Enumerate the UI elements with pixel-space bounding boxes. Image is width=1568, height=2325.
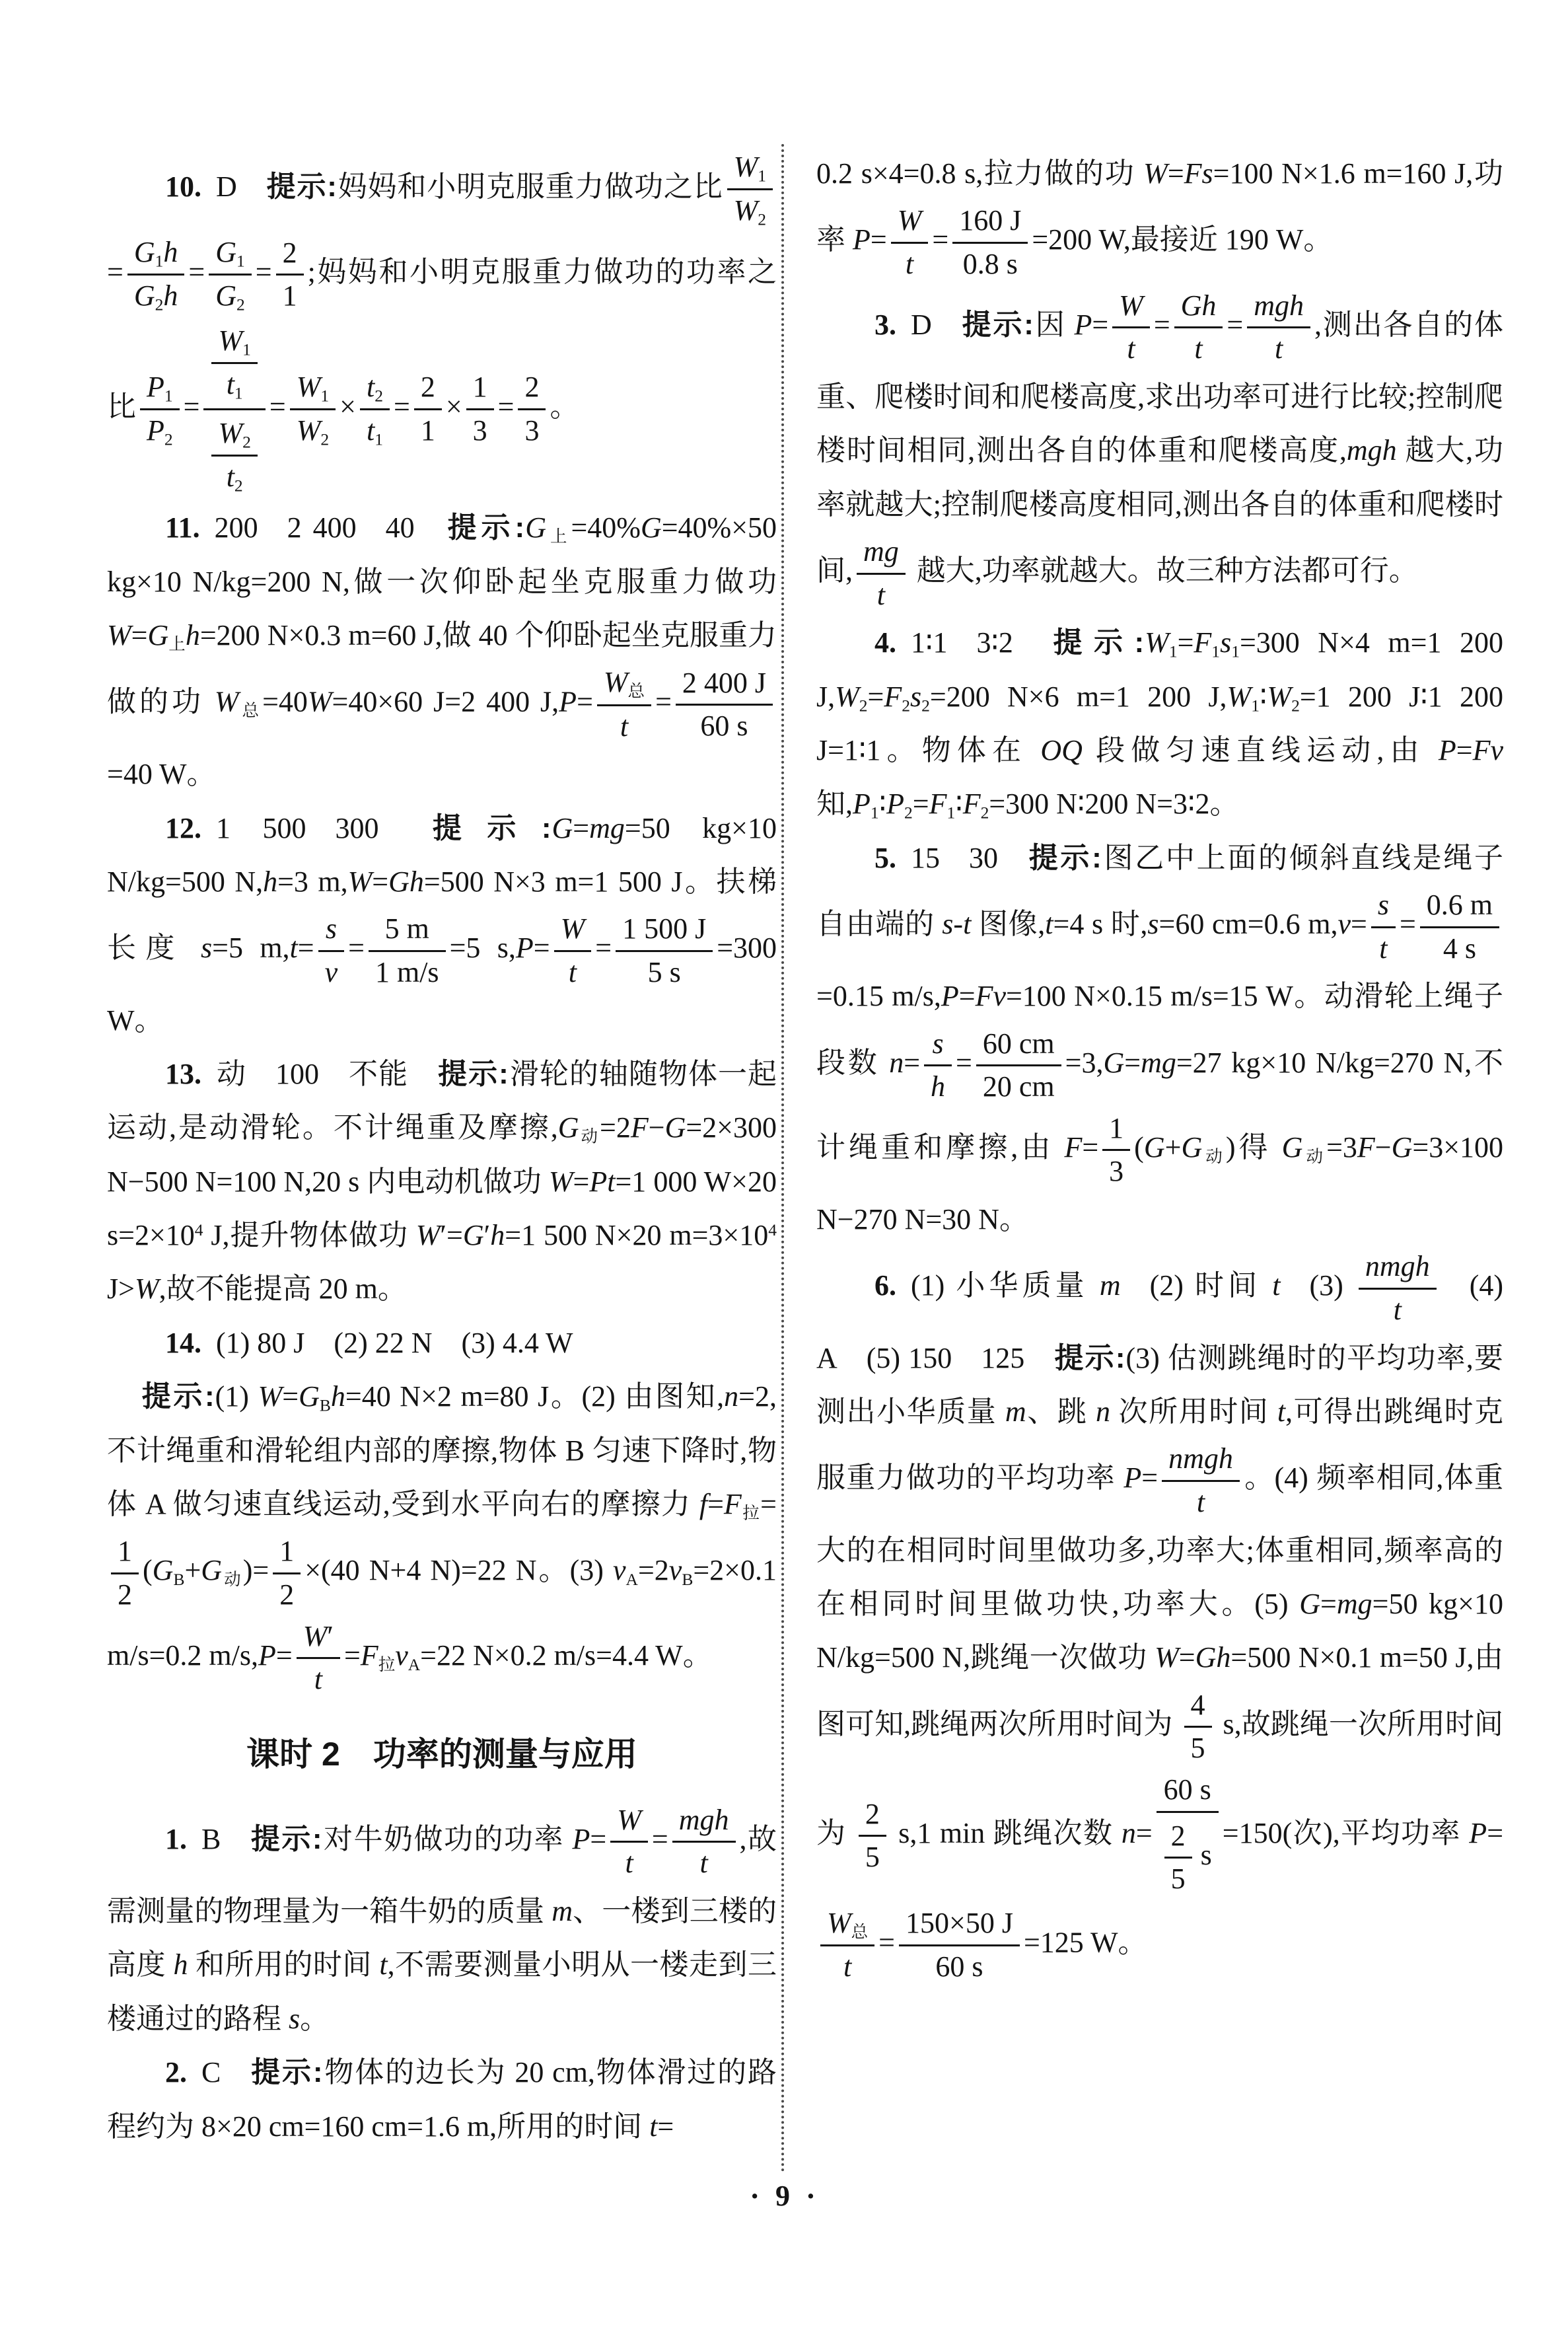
- text-run: 20 cm: [983, 1070, 1055, 1103]
- text-run: −: [1375, 1131, 1392, 1163]
- fraction: mght: [672, 1802, 736, 1882]
- fraction-denominator: 2: [273, 1572, 301, 1613]
- variable: W: [835, 681, 859, 713]
- variable: n: [724, 1380, 738, 1413]
- text-run: =3 m,: [277, 866, 348, 898]
- text-run: =: [1179, 1641, 1195, 1674]
- fraction-denominator: 3: [518, 408, 546, 449]
- text-run: 0.6 m: [1427, 889, 1493, 921]
- variable: G: [134, 279, 155, 312]
- variable: t: [699, 1847, 707, 1879]
- text-run: =: [1154, 309, 1170, 341]
- subscript: A: [408, 1654, 420, 1674]
- text-run: −: [649, 1111, 665, 1144]
- variable: F: [631, 1111, 649, 1144]
- variable: G: [525, 511, 546, 544]
- text-run: =40: [262, 686, 308, 718]
- variable: F: [929, 788, 947, 820]
- superscript: 4: [195, 1220, 203, 1239]
- text-run: (1): [215, 1380, 258, 1413]
- fraction-numerator: W: [891, 203, 929, 242]
- subscript: 1: [758, 166, 766, 186]
- text-run: =: [1082, 1131, 1098, 1163]
- text-run: 1: [279, 1535, 294, 1567]
- variable: G: [463, 1219, 484, 1251]
- subscript: 2: [758, 210, 766, 229]
- fraction-denominator: t: [1162, 1480, 1240, 1521]
- variable: W: [734, 194, 758, 227]
- text-run: ∶: [1260, 681, 1267, 713]
- variable: mg: [589, 812, 625, 844]
- variable: G: [1103, 1047, 1124, 1079]
- text-run: =150(次),平均功率: [1223, 1817, 1470, 1849]
- text-run: 1: [118, 1535, 132, 1567]
- subscript: 2: [320, 430, 329, 449]
- fraction-numerator: W′: [297, 1619, 340, 1658]
- text-run: 0.8 s: [963, 248, 1018, 280]
- fraction: W总t: [820, 1905, 874, 1985]
- variable: n: [1096, 1395, 1110, 1428]
- variable: h: [490, 1219, 505, 1251]
- fraction: 45: [1184, 1687, 1212, 1767]
- variable: W: [348, 866, 373, 898]
- variable: W: [898, 204, 922, 237]
- variable: W: [308, 686, 332, 718]
- variable: Gh: [1195, 1641, 1231, 1674]
- variable: G: [641, 511, 662, 544]
- text-run: 5 s: [648, 956, 681, 988]
- item-number: 6.: [874, 1270, 896, 1302]
- variable: W: [135, 1273, 159, 1305]
- variable: G: [558, 1111, 579, 1144]
- fraction-denominator: 5 s: [616, 950, 713, 991]
- text-run: 课时 2 功率的测量与应用: [246, 1736, 637, 1773]
- text-run: =: [188, 256, 205, 288]
- text-run: =: [657, 2110, 674, 2143]
- fraction: 1 500 J5 s: [616, 911, 713, 990]
- item-paragraph: 14. (1) 80 J (2) 22 N (3) 4.4 W: [107, 1316, 777, 1370]
- fraction-denominator: t: [1247, 326, 1310, 367]
- text-run: =: [871, 224, 887, 256]
- fraction-numerator: 2: [276, 235, 304, 274]
- text-run: J>: [107, 1273, 135, 1305]
- variable: s: [1147, 908, 1158, 940]
- variable: F: [884, 681, 902, 713]
- variable: P: [516, 932, 534, 965]
- fraction-numerator: mg: [857, 534, 906, 573]
- fraction-numerator: W1: [211, 323, 257, 362]
- variable: P: [853, 224, 871, 256]
- variable: G: [1282, 1131, 1303, 1163]
- text-run: =200 W,最接近 190 W。: [1032, 224, 1332, 256]
- text-run: ′: [484, 1219, 491, 1251]
- variable: W: [561, 912, 585, 945]
- variable: v: [613, 1555, 626, 1587]
- variable: F: [1194, 626, 1211, 659]
- subscript: 总: [628, 682, 645, 701]
- fraction: 13: [466, 369, 494, 449]
- text-run: 15 30: [896, 842, 1027, 874]
- variable: s: [1220, 626, 1231, 659]
- variable: s: [932, 1027, 943, 1060]
- item-number: 11.: [165, 511, 200, 544]
- variable: G: [1181, 1131, 1202, 1163]
- subscript: 2: [904, 803, 913, 823]
- page-footer: •9•: [667, 2179, 898, 2213]
- variable: mgh: [1347, 434, 1397, 466]
- text-run: =40%: [571, 511, 640, 544]
- variable: G: [1299, 1588, 1320, 1620]
- text-run: =: [1141, 1462, 1158, 1495]
- fraction-numerator: Gh: [1174, 288, 1223, 327]
- text-run: =125 W。: [1024, 1926, 1147, 1958]
- text-run: +: [184, 1555, 201, 1587]
- fraction-denominator: 1: [276, 274, 304, 314]
- fraction-numerator: 2: [859, 1796, 886, 1835]
- fraction-denominator: t: [891, 242, 929, 283]
- text-run: 2: [865, 1798, 880, 1830]
- text-run: =4 s 时,: [1053, 908, 1148, 940]
- text-run: =: [276, 1639, 293, 1672]
- subscript: 动: [1302, 1147, 1326, 1166]
- text-run: =0.15 m/s,: [816, 980, 941, 1012]
- variable: G: [201, 1555, 222, 1587]
- text-run: 2: [118, 1578, 132, 1611]
- variable: t: [625, 1847, 633, 1879]
- text-run: =: [1320, 1588, 1337, 1620]
- variable: nmgh: [1168, 1442, 1233, 1475]
- left-column: 10. D 提示:妈妈和小明克服重力做功之比W1W2=G1hG2h=G1G2=2…: [107, 147, 777, 2153]
- text-run: =5 s,: [450, 932, 516, 965]
- text-run: 2 400 J: [682, 667, 766, 699]
- text-run: =: [868, 681, 884, 713]
- subscript: 2: [236, 295, 245, 314]
- subscript: 2: [234, 476, 243, 496]
- variable: G: [215, 279, 236, 312]
- item-paragraph: 11. 200 2 400 40 提示:G上=40%G=40%×50 kg×10…: [107, 501, 777, 801]
- variable: G: [299, 1380, 320, 1413]
- fraction: G1hG2h: [127, 235, 185, 314]
- variable: P: [886, 788, 904, 820]
- subscript: 上: [168, 635, 186, 654]
- fraction-denominator: 0.8 s: [952, 242, 1028, 283]
- text-run: +: [1165, 1131, 1182, 1163]
- fraction-numerator: t2: [360, 369, 390, 408]
- item-number: 10.: [165, 170, 201, 203]
- variable: P: [853, 788, 871, 820]
- text-run: =: [184, 390, 200, 423]
- text-run: 5: [865, 1841, 880, 1873]
- variable: t: [1127, 332, 1135, 365]
- variable: F: [963, 788, 981, 820]
- fraction-denominator: 5: [859, 1835, 886, 1876]
- fraction: W总t: [597, 665, 651, 745]
- fraction-denominator: 4 s: [1420, 926, 1499, 967]
- fraction-denominator: t: [554, 950, 592, 991]
- item-number: 2.: [165, 2056, 187, 2088]
- fraction-denominator: t: [672, 1841, 736, 1882]
- subscript: 动: [1202, 1147, 1226, 1166]
- text-run: =: [1227, 309, 1243, 341]
- fraction-numerator: 2: [414, 369, 442, 408]
- text-run: (1) 小华质量: [896, 1270, 1100, 1302]
- fraction: 12: [111, 1533, 139, 1613]
- text-run: ′: [327, 1620, 334, 1652]
- hint-label: 提示:: [1027, 842, 1102, 874]
- text-run: )得: [1226, 1131, 1282, 1163]
- variable: P: [147, 414, 164, 447]
- variable: t: [227, 461, 234, 493]
- text-run: 1 500 J: [622, 912, 706, 945]
- text-run: =: [577, 686, 593, 718]
- item-number: 3.: [874, 309, 896, 341]
- fraction-numerator: 5 m: [369, 911, 446, 950]
- variable: n: [889, 1047, 904, 1079]
- fraction-numerator: mgh: [1247, 288, 1310, 327]
- text-run: =: [131, 619, 148, 651]
- variable: W: [734, 151, 758, 183]
- text-run: =40 N×2 m=80 J。(2) 由图知,: [345, 1380, 724, 1413]
- variable: W: [1145, 626, 1169, 659]
- fraction-denominator: t1: [211, 362, 257, 403]
- item-paragraph: 12. 1 500 300 提示:G=mg=50 kg×10 N/kg=500 …: [107, 801, 777, 1047]
- variable: s: [910, 681, 921, 713]
- text-run: =: [372, 866, 388, 898]
- text-run: ×: [339, 390, 356, 423]
- variable: t: [877, 579, 885, 611]
- variable: F: [1357, 1131, 1375, 1163]
- text-run: =: [534, 932, 550, 965]
- fraction: 23: [518, 369, 546, 449]
- text-run: 2: [421, 371, 435, 403]
- item-paragraph: 3. D 提示:因 P=Wt=Ght=mght,测出各自的体重、爬楼时间和爬楼高…: [816, 285, 1503, 616]
- text-run: -: [953, 908, 963, 940]
- fraction: 25: [859, 1796, 886, 1876]
- text-run: 2: [279, 1578, 294, 1611]
- fraction-numerator: nmgh: [1359, 1249, 1437, 1288]
- fraction-numerator: G1: [209, 235, 252, 274]
- fraction: 13: [1102, 1111, 1130, 1190]
- fraction: W1t1W2t2: [203, 320, 265, 499]
- subscript: 2: [374, 386, 383, 405]
- fraction-numerator: W1: [727, 149, 773, 188]
- fraction-numerator: W2: [211, 416, 257, 455]
- text-run: 动 100 不能: [201, 1058, 437, 1090]
- fraction-denominator: 1: [414, 408, 442, 449]
- variable: W: [218, 417, 242, 449]
- fraction: 12: [273, 1533, 301, 1613]
- variable: m: [1005, 1395, 1026, 1428]
- fraction: 60 s25 s: [1157, 1772, 1219, 1900]
- fraction: t2t1: [360, 369, 390, 449]
- variable: W: [258, 1380, 283, 1413]
- variable: s: [201, 932, 212, 965]
- variable: P: [559, 686, 577, 718]
- text-run: 200 2 400 40: [200, 511, 444, 544]
- text-run: 60 s: [1164, 1773, 1211, 1806]
- variable: W: [1119, 289, 1143, 322]
- hint-label: 提示:: [1053, 1342, 1125, 1374]
- fraction: 21: [414, 369, 442, 449]
- fraction: W1t1: [211, 323, 257, 403]
- variable: h: [173, 1948, 188, 1981]
- fraction-denominator: t1: [360, 408, 390, 449]
- text-run: 和所用的时间: [188, 1948, 379, 1981]
- variable: P: [258, 1639, 276, 1672]
- fraction-numerator: 150×50 J: [899, 1905, 1020, 1944]
- variable: G: [1392, 1131, 1413, 1163]
- fraction-numerator: W: [610, 1802, 648, 1841]
- variable: t: [569, 956, 577, 988]
- subscript: 2: [155, 295, 164, 314]
- text-run: 因: [1034, 309, 1075, 341]
- text-run: ∶: [879, 788, 886, 820]
- text-run: J,提升物体做功: [203, 1219, 416, 1251]
- variable: t: [227, 368, 234, 400]
- text-run: =: [1136, 1817, 1153, 1849]
- fraction: G1G2: [209, 235, 252, 314]
- variable: s: [289, 2003, 300, 2035]
- fraction: W2t2: [211, 416, 257, 496]
- variable: P: [941, 980, 959, 1012]
- fraction-denominator: t: [820, 1944, 874, 1985]
- fraction-numerator: 4: [1184, 1687, 1212, 1726]
- subscript: 总: [851, 1922, 869, 1941]
- variable: h: [331, 1380, 345, 1413]
- text-run: ,故不能提高 20 m。: [159, 1273, 407, 1305]
- variable: n: [1122, 1817, 1136, 1849]
- text-run: 3: [1109, 1155, 1123, 1187]
- subscript: 2: [1291, 696, 1300, 715]
- text-run: 次所用时间: [1110, 1395, 1277, 1428]
- fraction-numerator: G1h: [127, 235, 185, 274]
- fraction-denominator: G2h: [127, 274, 185, 314]
- item-number: 1.: [165, 1823, 187, 1855]
- subscript: 2: [981, 803, 989, 823]
- fraction: Wt: [554, 911, 592, 990]
- text-run: ′=: [440, 1219, 462, 1251]
- variable: h: [163, 236, 178, 268]
- text-run: 知,: [816, 788, 853, 820]
- fraction-numerator: 1 500 J: [616, 911, 713, 950]
- subscript: 1: [242, 340, 251, 359]
- variable: h: [263, 866, 277, 898]
- variable: t: [367, 414, 374, 447]
- variable: W: [617, 1804, 641, 1836]
- variable: G: [215, 236, 236, 268]
- subscript: 1: [374, 430, 383, 449]
- text-run: 4: [1191, 1689, 1205, 1721]
- subscript: 1: [871, 803, 879, 823]
- variable: t: [1045, 908, 1053, 940]
- text-run: =200 N×6 m=1 200 J,: [930, 681, 1227, 713]
- hint-label: 提示:: [1042, 626, 1145, 659]
- continuation-paragraph: 0.2 s×4=0.8 s,拉力做的功 W=Fs=100 N×1.6 m=160…: [816, 147, 1503, 285]
- subscript: 2: [242, 433, 251, 452]
- text-run: s: [1194, 1839, 1212, 1871]
- fraction-denominator: t: [1112, 326, 1150, 367]
- subscript: 1: [1251, 696, 1260, 715]
- fraction-numerator: W1: [290, 369, 336, 408]
- text-run: 1: [283, 279, 297, 312]
- variable: Fs: [1184, 157, 1213, 190]
- text-run: =: [655, 686, 672, 718]
- text-run: =22 N×0.2 m/s=4.4 W。: [420, 1639, 712, 1672]
- superscript: 4: [768, 1220, 777, 1239]
- text-run: =: [573, 812, 589, 844]
- text-run: 60 s: [935, 1950, 983, 1983]
- item-paragraph: 1. B 提示:对牛奶做功的功率 P=Wt=mght,故需测量的物理量为一箱牛奶…: [107, 1800, 777, 2046]
- variable: OQ: [1040, 734, 1083, 766]
- text-run: D: [896, 309, 961, 341]
- subscript: 1: [164, 386, 173, 405]
- text-run: =2: [638, 1555, 669, 1587]
- fraction-denominator: W2: [290, 408, 336, 449]
- fraction-denominator: t: [1174, 326, 1223, 367]
- item-number: 12.: [165, 812, 201, 844]
- variable: P: [573, 1823, 590, 1855]
- variable: mg: [1141, 1047, 1176, 1079]
- text-run: 1∶1 3∶2: [896, 626, 1042, 659]
- fraction: Wt: [891, 203, 929, 282]
- text-run: s,1 min 跳绳次数: [890, 1817, 1122, 1849]
- fraction-denominator: 60 s: [676, 704, 773, 745]
- text-run: ×(40 N+4 N)=22 N。(3): [304, 1555, 613, 1587]
- text-run: =: [269, 390, 286, 423]
- text-run: 。: [300, 2003, 329, 2035]
- fraction: 150×50 J60 s: [899, 1905, 1020, 1985]
- variable: t: [1272, 1270, 1280, 1302]
- variable: W: [297, 371, 321, 403]
- fraction-numerator: mgh: [672, 1802, 736, 1841]
- fraction-denominator: P2: [140, 408, 180, 449]
- text-run: (: [143, 1555, 153, 1587]
- text-run: =: [1124, 1047, 1141, 1079]
- subscript: 总: [239, 702, 262, 721]
- fraction-denominator: t: [597, 704, 651, 745]
- variable: W: [1143, 157, 1168, 190]
- section-title: 课时 2 功率的测量与应用: [107, 1731, 777, 1777]
- variable: t: [649, 2110, 657, 2143]
- fraction-denominator: W2t2: [203, 408, 265, 498]
- text-run: 60 s: [700, 710, 748, 742]
- text-run: =: [1456, 734, 1473, 766]
- fraction: 160 J0.8 s: [952, 203, 1028, 282]
- text-run: 2: [1171, 1820, 1186, 1852]
- item-paragraph: 4. 1∶1 3∶2 提示:W1=F1s1=300 N×4 m=1 200 J,…: [816, 616, 1503, 831]
- fraction-denominator: 5: [1184, 1726, 1212, 1767]
- subscript: 2: [164, 430, 173, 449]
- fraction-numerator: W: [1112, 288, 1150, 327]
- text-run: 5: [1171, 1863, 1186, 1895]
- variable: W: [107, 619, 131, 651]
- variable: W: [827, 1907, 851, 1939]
- fraction-denominator: 25 s: [1157, 1811, 1219, 1900]
- variable: v: [669, 1555, 682, 1587]
- variable: Fv: [1473, 734, 1503, 766]
- text-run: =: [1351, 908, 1367, 940]
- text-run: ×: [446, 390, 462, 423]
- fraction-numerator: P1: [140, 369, 180, 408]
- variable: G: [134, 236, 155, 268]
- variable: t: [290, 932, 298, 965]
- text-run: =40×60 J=2 400 J,: [332, 686, 559, 718]
- text-run: =: [1487, 1817, 1503, 1849]
- text-run: 2: [283, 237, 297, 269]
- text-run: =: [1092, 309, 1108, 341]
- fraction: Wt: [610, 1802, 648, 1882]
- variable: t: [1197, 1486, 1205, 1518]
